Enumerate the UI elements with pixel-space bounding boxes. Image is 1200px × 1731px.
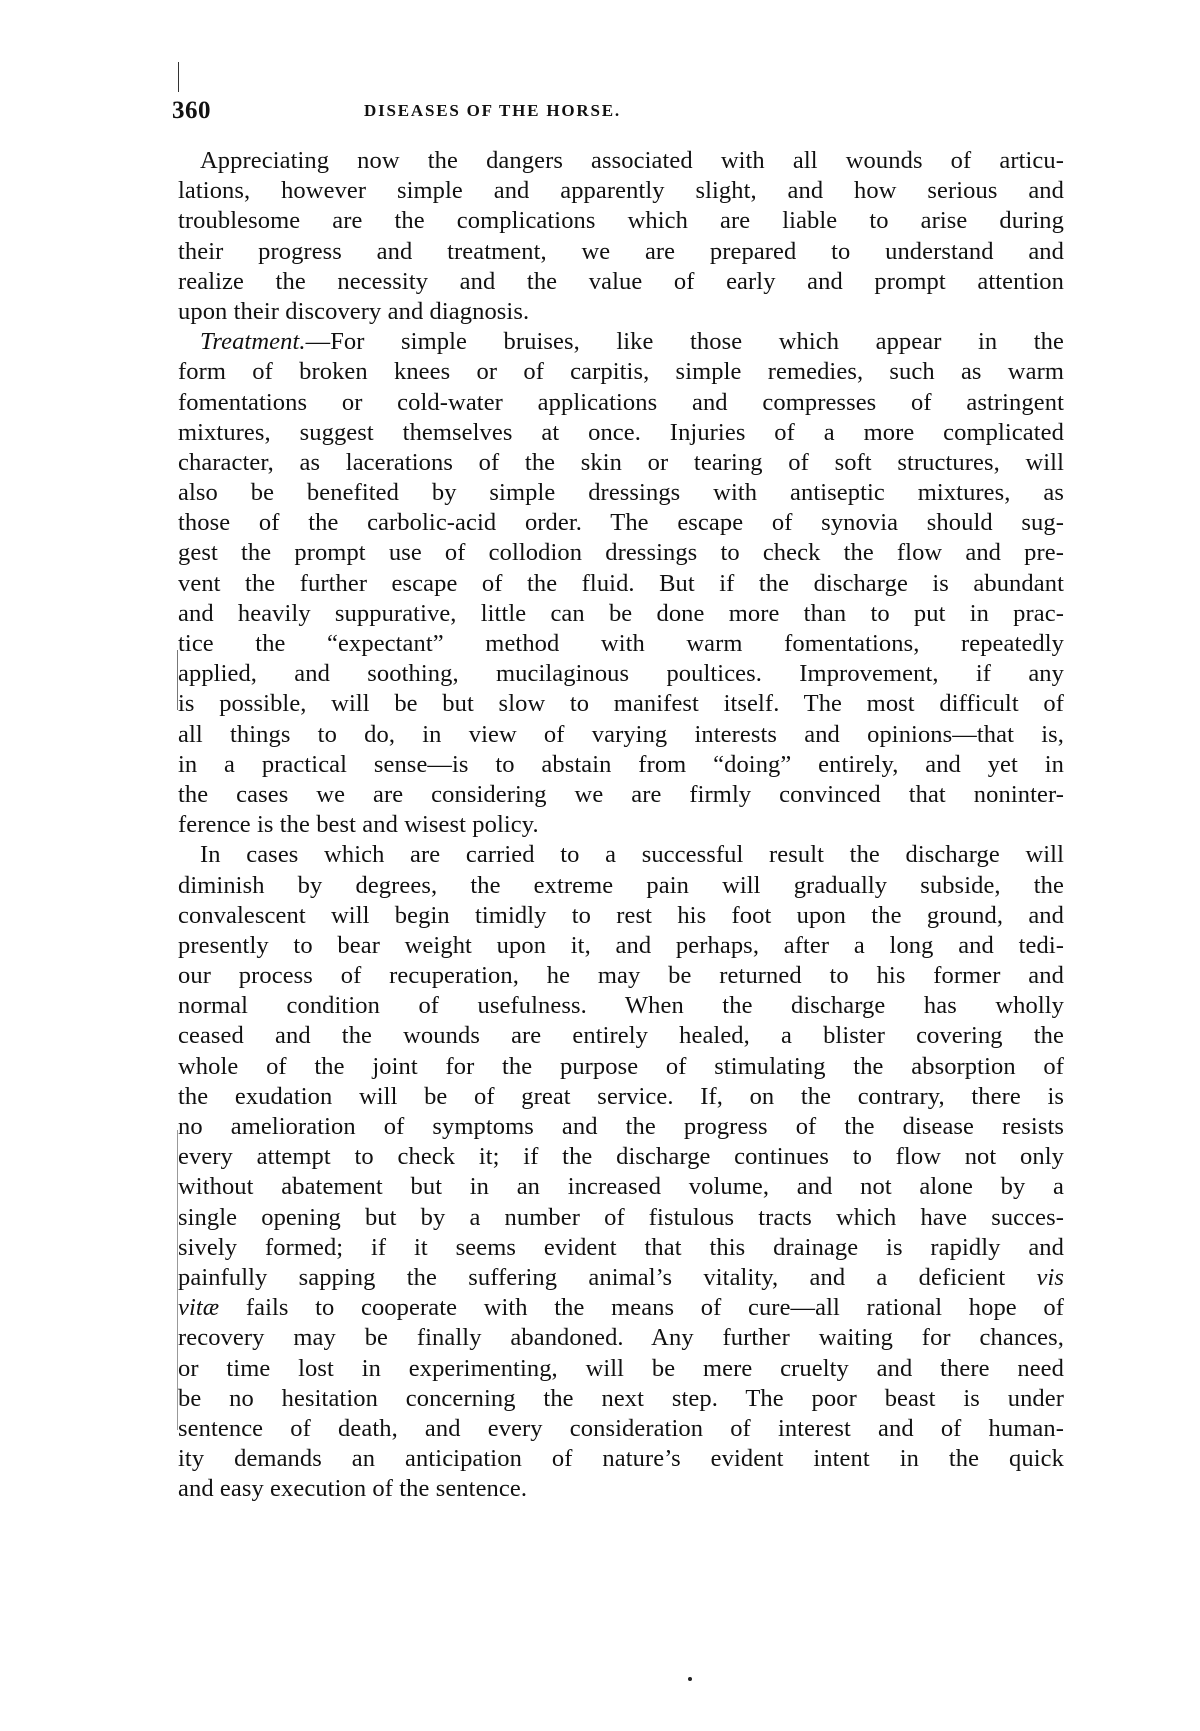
text-line: troublesome are the complications which … xyxy=(178,206,1064,236)
text-line: the cases we are considering we are firm… xyxy=(178,780,1064,810)
latin-term: vis xyxy=(1036,1264,1064,1291)
latin-term: vitæ xyxy=(178,1294,219,1321)
running-title: DISEASES OF THE HORSE. xyxy=(364,101,621,121)
body-text: Appreciating now the dangers associated … xyxy=(178,146,1064,1504)
text-line: those of the carbolic-acid order. The es… xyxy=(178,508,1064,538)
text-line: ference is the best and wisest policy. xyxy=(178,810,1064,840)
paragraph-2-treatment: Treatment.—For simple bruises, like thos… xyxy=(178,327,1064,840)
text-line: be no hesitation concerning the next ste… xyxy=(178,1384,1064,1414)
text-line: no amelioration of symptoms and the prog… xyxy=(178,1112,1064,1142)
text-line: applied, and soothing, mucilaginous poul… xyxy=(178,659,1064,689)
text-line: diminish by degrees, the extreme pain wi… xyxy=(178,871,1064,901)
text-line: our process of recuperation, he may be r… xyxy=(178,961,1064,991)
text-line: ity demands an anticipation of nature’s … xyxy=(178,1444,1064,1474)
text-line: all things to do, in view of varying int… xyxy=(178,720,1064,750)
text-line: recovery may be finally abandoned. Any f… xyxy=(178,1323,1064,1353)
text-line: their progress and treatment, we are pre… xyxy=(178,237,1064,267)
text-line: ceased and the wounds are entirely heale… xyxy=(178,1021,1064,1051)
text-line: or time lost in experimenting, will be m… xyxy=(178,1354,1064,1384)
text-line: mixtures, suggest themselves at once. In… xyxy=(178,418,1064,448)
text-line: In cases which are carried to a successf… xyxy=(178,840,1064,870)
text-line-content: painfully sapping the suffering animal’s… xyxy=(178,1264,1036,1291)
text-line: vitæ fails to cooperate with the means o… xyxy=(178,1293,1064,1323)
text-line: normal condition of usefulness. When the… xyxy=(178,991,1064,1021)
text-line: painfully sapping the suffering animal’s… xyxy=(178,1263,1064,1293)
text-line: realize the necessity and the value of e… xyxy=(178,267,1064,297)
text-line: sively formed; if it seems evident that … xyxy=(178,1233,1064,1263)
scan-artifact-line xyxy=(178,62,179,92)
text-line: Appreciating now the dangers associated … xyxy=(178,146,1064,176)
text-line: gest the prompt use of collodion dressin… xyxy=(178,538,1064,568)
text-line: in a practical sense—is to abstain from … xyxy=(178,750,1064,780)
text-line: form of broken knees or of carpitis, sim… xyxy=(178,357,1064,387)
paragraph-1: Appreciating now the dangers associated … xyxy=(178,146,1064,327)
text-line: tice the “expectant” method with warm fo… xyxy=(178,629,1064,659)
text-line: character, as lacerations of the skin or… xyxy=(178,448,1064,478)
scan-artifact-dot xyxy=(688,1677,692,1681)
page-header: 360 DISEASES OF THE HORSE. xyxy=(172,97,1072,129)
text-line: vent the further escape of the fluid. Bu… xyxy=(178,569,1064,599)
text-line: also be benefited by simple dressings wi… xyxy=(178,478,1064,508)
text-line: fomentations or cold-water applications … xyxy=(178,388,1064,418)
text-line: and easy execution of the sentence. xyxy=(178,1474,1064,1504)
page-number: 360 xyxy=(172,97,211,125)
text-line: whole of the joint for the purpose of st… xyxy=(178,1052,1064,1082)
text-line: Treatment.—For simple bruises, like thos… xyxy=(178,327,1064,357)
text-line: sentence of death, and every considerati… xyxy=(178,1414,1064,1444)
text-line: single opening but by a number of fistul… xyxy=(178,1203,1064,1233)
text-line: without abatement but in an increased vo… xyxy=(178,1172,1064,1202)
text-line: presently to bear weight upon it, and pe… xyxy=(178,931,1064,961)
treatment-heading: Treatment. xyxy=(200,328,306,355)
text-line: the exudation will be of great service. … xyxy=(178,1082,1064,1112)
text-line: lations, however simple and apparently s… xyxy=(178,176,1064,206)
text-line: convalescent will begin timidly to rest … xyxy=(178,901,1064,931)
text-line: upon their discovery and diagnosis. xyxy=(178,297,1064,327)
text-line: and heavily suppurative, little can be d… xyxy=(178,599,1064,629)
paragraph-3: In cases which are carried to a successf… xyxy=(178,840,1064,1504)
text-line: every attempt to check it; if the discha… xyxy=(178,1142,1064,1172)
text-line-content: fails to cooperate with the means of cur… xyxy=(219,1294,1064,1321)
text-line: is possible, will be but slow to manifes… xyxy=(178,689,1064,719)
book-page: 360 DISEASES OF THE HORSE. Appreciating … xyxy=(0,0,1200,1731)
text-line-content: —For simple bruises, like those which ap… xyxy=(306,328,1064,355)
